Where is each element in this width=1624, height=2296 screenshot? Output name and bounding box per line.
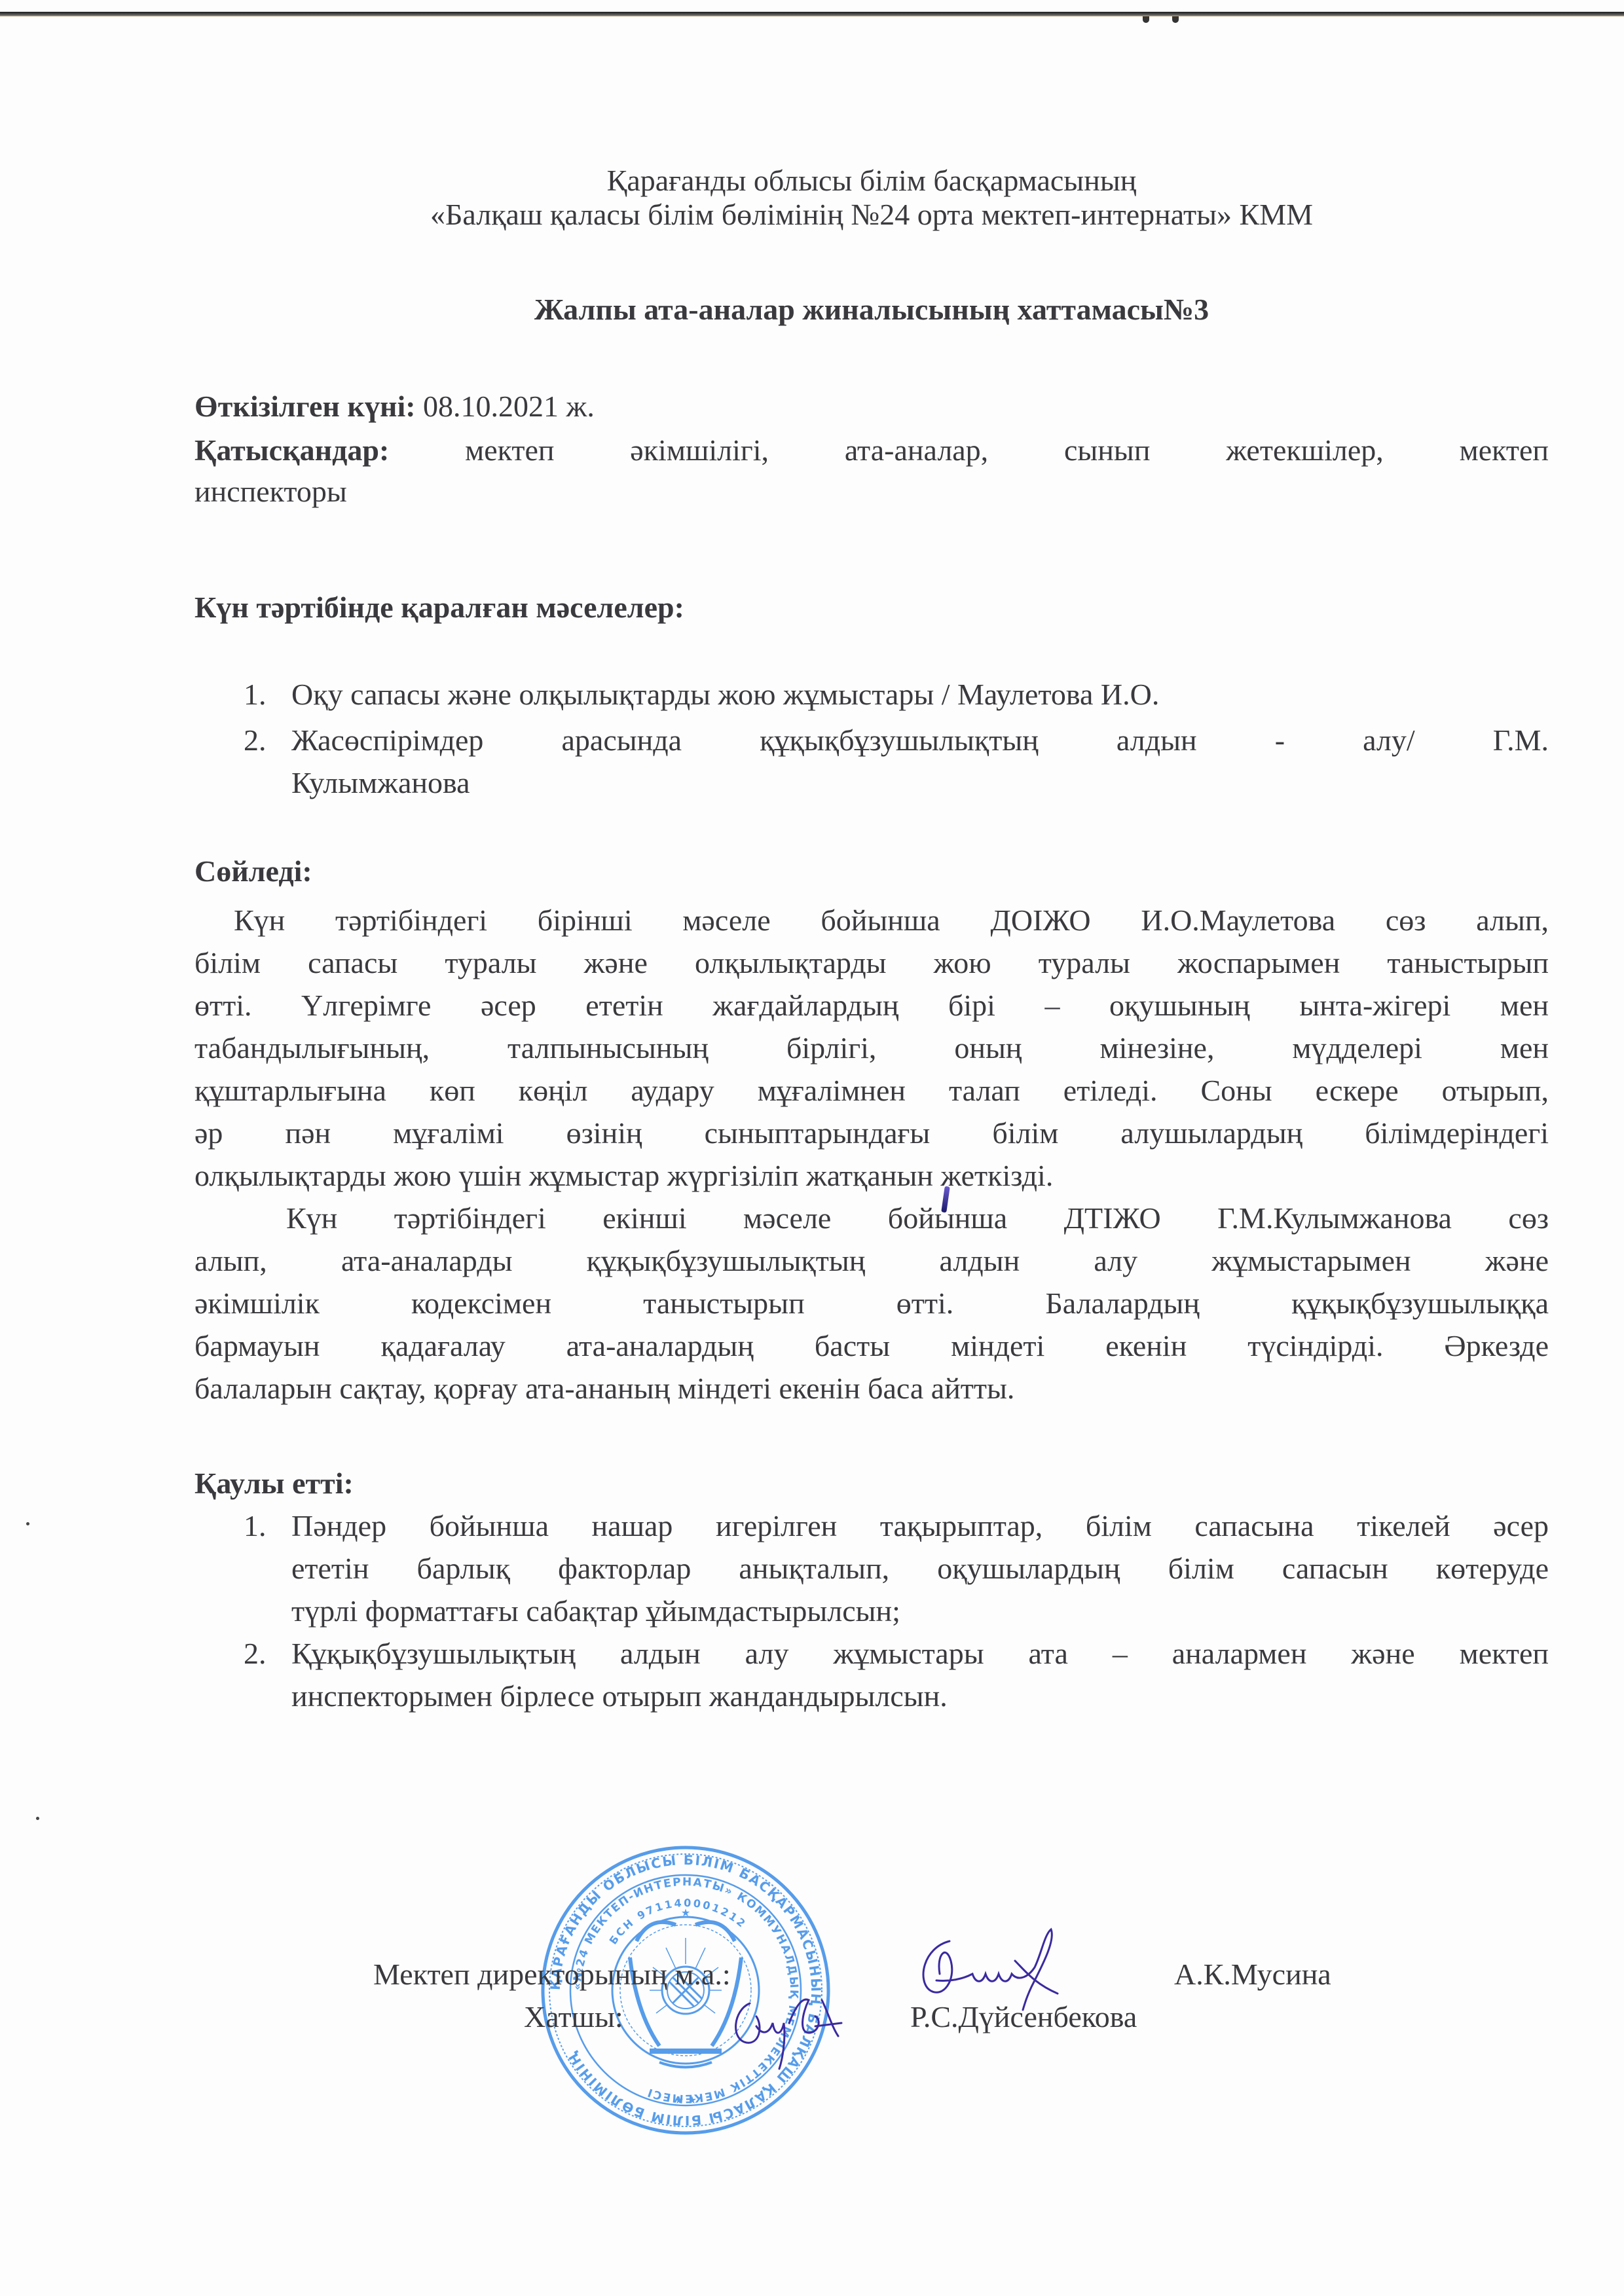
- paragraph-line: өтті. Үлгерімге әсер ететін жағдайлардың…: [194, 984, 1549, 1027]
- resolution-text: Пәндер бойынша нашар игерілген тақырыпта…: [291, 1504, 1549, 1547]
- agenda-item-text: Оқу сапасы және олқылықтарды жою жұмыста…: [291, 673, 1549, 716]
- scan-speck: [26, 1522, 29, 1525]
- spoke-heading: Сөйледі:: [194, 850, 1549, 892]
- paragraph-line: Күн тәртібіндегі бірінші мәселе бойынша …: [194, 899, 1549, 941]
- list-number: 1.: [244, 673, 267, 716]
- svg-text:★: ★: [681, 1906, 690, 1919]
- resolution-text: ететін барлық факторлар анықталып, оқушы…: [291, 1547, 1549, 1590]
- paragraph-line: балаларын сақтау, қорғау ата-ананың мінд…: [194, 1367, 1549, 1410]
- secretary-label: Хатшы:: [524, 1995, 623, 2038]
- paragraph-line: білім сапасы туралы және олқылықтарды жо…: [194, 941, 1549, 984]
- director-label: Мектеп директорының м.а.:: [373, 1953, 731, 1995]
- list-number: 2.: [244, 719, 267, 761]
- participants-continued: инспекторы: [194, 470, 1549, 513]
- scan-border: [0, 12, 1624, 16]
- svg-text:★ ★: ★ ★: [674, 2094, 697, 2106]
- paragraph-line: алып, ата-аналарды құқықбұзушылықтың алд…: [194, 1239, 1549, 1282]
- resolution-text: инспекторымен бірлесе отырып жандандырыл…: [291, 1675, 1549, 1717]
- resolution-text: Құқықбұзушылықтың алдын алу жұмыстары ат…: [291, 1632, 1549, 1675]
- scan-artifact: [1143, 16, 1149, 23]
- secretary-signature-icon: [724, 1987, 855, 2072]
- header-line-2: «Балқаш қаласы білім бөлімінің №24 орта …: [194, 198, 1549, 232]
- header-line-1: Қарағанды облысы білім басқармасының: [194, 164, 1549, 198]
- resolved-heading: Қаулы етті:: [194, 1462, 1549, 1504]
- paragraph-line: бармауын қадағалау ата-аналардың басты м…: [194, 1324, 1549, 1367]
- paragraph-line: әр пән мұғалімі өзінің сыныптарындағы бі…: [194, 1112, 1549, 1154]
- date-label: Өткізілген күні:: [194, 390, 416, 423]
- paragraph-line: құштарлығына көп көңіл аудару мұғалімнен…: [194, 1069, 1549, 1112]
- scan-artifact: [1172, 16, 1179, 23]
- scan-speck: [36, 1817, 39, 1820]
- paragraph-line: олқылықтарды жою үшін жұмыстар жүргізілі…: [194, 1154, 1549, 1197]
- list-number: 1.: [244, 1504, 267, 1547]
- meeting-date: Өткізілген күні: 08.10.2021 ж.: [194, 385, 1549, 428]
- paragraph-line: Күн тәртібіндегі екінші мәселе бойынша Д…: [194, 1197, 1549, 1239]
- resolution-text: түрлі форматтағы сабақтар ұйымдастырылсы…: [291, 1590, 1549, 1632]
- participants-label: Қатысқандар:: [194, 433, 389, 467]
- agenda-item-text: Кулымжанова: [291, 761, 1549, 804]
- document-title: Жалпы ата-аналар жиналысының хаттамасы№3: [194, 288, 1549, 331]
- document-header: Қарағанды облысы білім басқармасының «Ба…: [194, 164, 1549, 232]
- agenda-item-text: Жасөспірімдер арасында құқықбұзушылықтың…: [291, 719, 1549, 761]
- agenda-heading: Күн тәртібінде қаралған мәселелер:: [194, 586, 1549, 629]
- director-name: А.К.Мусина: [1174, 1953, 1331, 1995]
- participants-value: мектеп әкімшілігі, ата-аналар, сынып жет…: [389, 433, 1549, 467]
- paragraph-line: табандылығының, талпынысының бірлігі, он…: [194, 1027, 1549, 1069]
- director-signature-icon: [910, 1922, 1080, 2013]
- list-number: 2.: [244, 1632, 267, 1675]
- paragraph-line: әкімшілік кодексімен таныстырып өтті. Ба…: [194, 1282, 1549, 1324]
- date-value: 08.10.2021 ж.: [416, 390, 595, 423]
- participants: Қатысқандар: мектеп әкімшілігі, ата-анал…: [194, 429, 1549, 471]
